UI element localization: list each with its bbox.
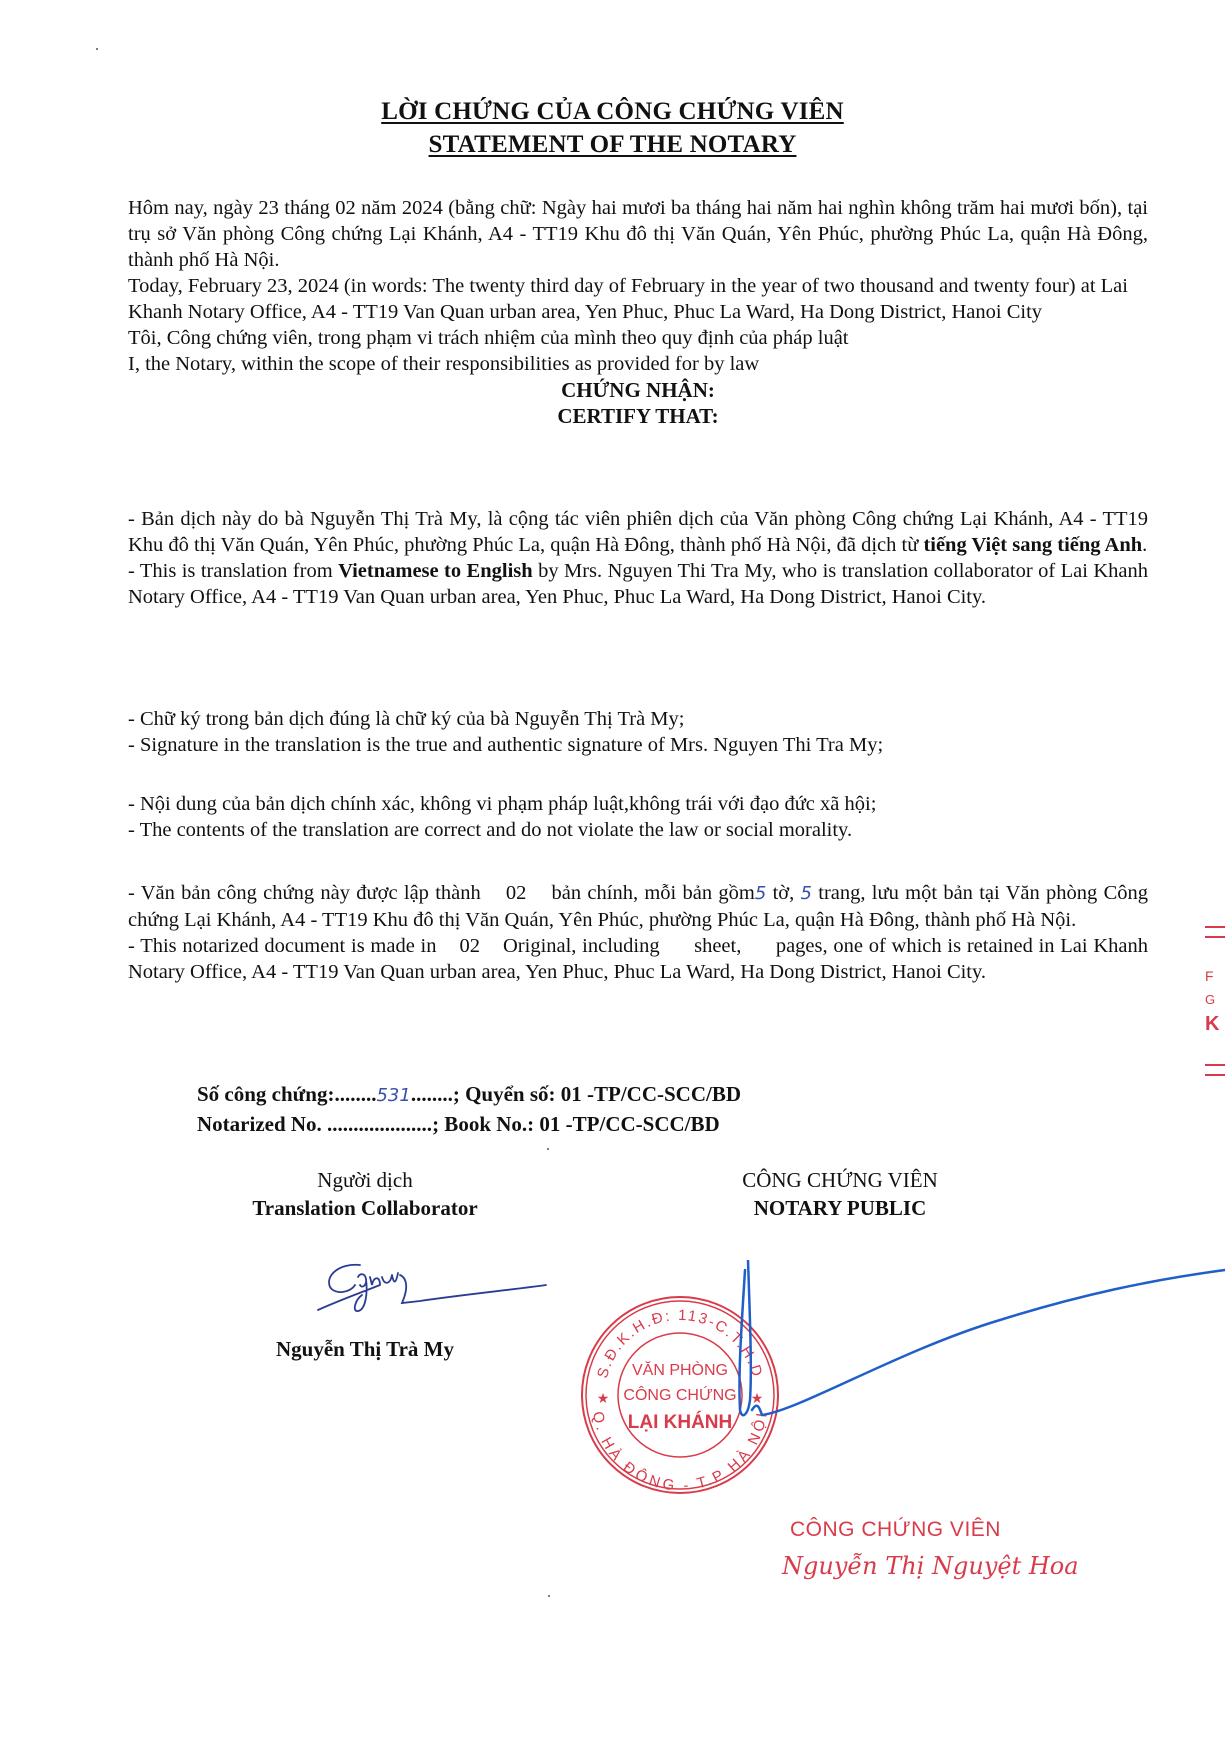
- translator-name: Nguyễn Thị Trà My: [225, 1337, 505, 1362]
- edge-stamp-lines-top: [1205, 926, 1225, 938]
- translator-role-en: Translation Collaborator: [225, 1194, 505, 1222]
- edge-stamp-fragment: F G K: [1205, 920, 1225, 1076]
- handwritten-sheets: 5: [755, 883, 766, 904]
- clause-signature: - Chữ ký trong bản dịch đúng là chữ ký c…: [128, 706, 1148, 758]
- notary-number-en: Notarized No. ....................; Book…: [197, 1110, 741, 1138]
- handwritten-pages: 5: [801, 883, 812, 904]
- intro-date-en: Today, February 23, 2024 (in words: The …: [128, 273, 1148, 325]
- notary-stamp-name: Nguyễn Thị Nguyệt Hoa: [782, 1552, 1079, 1580]
- clause-translation-en: - This is translation from Vietnamese to…: [128, 558, 1148, 610]
- clause-signature-vi: - Chữ ký trong bản dịch đúng là chữ ký c…: [128, 706, 1148, 732]
- clause-content: - Nội dung của bản dịch chính xác, không…: [128, 791, 1148, 843]
- clause-copies-en: - This notarized document is made in 02 …: [128, 933, 1148, 985]
- svg-text:★: ★: [597, 1392, 610, 1407]
- edge-stamp-lines-bottom: [1205, 1064, 1225, 1076]
- notarization-numbers: Số công chứng:........531........; Quyển…: [197, 1080, 741, 1138]
- translator-block: Người dịch Translation Collaborator: [225, 1166, 505, 1222]
- notary-block: CÔNG CHỨNG VIÊN NOTARY PUBLIC: [700, 1166, 980, 1222]
- translator-signature-icon: [310, 1255, 550, 1325]
- intro-notary-en: I, the Notary, within the scope of their…: [128, 351, 1148, 377]
- notary-signature-icon: [700, 1260, 1225, 1460]
- clause-copies: - Văn bản công chứng này được lập thành …: [128, 880, 1148, 985]
- clause-translation: - Bản dịch này do bà Nguyễn Thị Trà My, …: [128, 506, 1148, 610]
- clause-translation-vi: - Bản dịch này do bà Nguyễn Thị Trà My, …: [128, 506, 1148, 558]
- scan-speck: [96, 48, 98, 50]
- notary-role-en: NOTARY PUBLIC: [700, 1194, 980, 1222]
- intro-notary-vi: Tôi, Công chứng viên, trong phạm vi trác…: [128, 325, 1148, 351]
- title-vietnamese: LỜI CHỨNG CỦA CÔNG CHỨNG VIÊN: [0, 98, 1225, 126]
- notary-stamp-title: CÔNG CHỨNG VIÊN: [790, 1518, 1001, 1542]
- clause-content-vi: - Nội dung của bản dịch chính xác, không…: [128, 791, 1148, 817]
- scan-speck: [547, 1148, 549, 1150]
- handwritten-notary-number: 531: [376, 1085, 410, 1106]
- intro-section: Hôm nay, ngày 23 tháng 02 năm 2024 (bằng…: [128, 195, 1148, 429]
- notary-statement-page: LỜI CHỨNG CỦA CÔNG CHỨNG VIÊN STATEMENT …: [0, 0, 1225, 1740]
- clause-signature-en: - Signature in the translation is the tr…: [128, 732, 1148, 758]
- notary-role-vi: CÔNG CHỨNG VIÊN: [700, 1166, 980, 1194]
- certify-heading-en: CERTIFY THAT:: [128, 403, 1148, 429]
- notary-number-vi: Số công chứng:........531........; Quyển…: [197, 1080, 741, 1110]
- certify-heading-vi: CHỨNG NHẬN:: [128, 377, 1148, 403]
- scan-speck: [548, 1595, 550, 1597]
- clause-content-en: - The contents of the translation are co…: [128, 817, 1148, 843]
- intro-date-vi: Hôm nay, ngày 23 tháng 02 năm 2024 (bằng…: [128, 195, 1148, 273]
- title-english: STATEMENT OF THE NOTARY: [0, 131, 1225, 159]
- clause-copies-vi: - Văn bản công chứng này được lập thành …: [128, 880, 1148, 933]
- translator-role-vi: Người dịch: [225, 1166, 505, 1194]
